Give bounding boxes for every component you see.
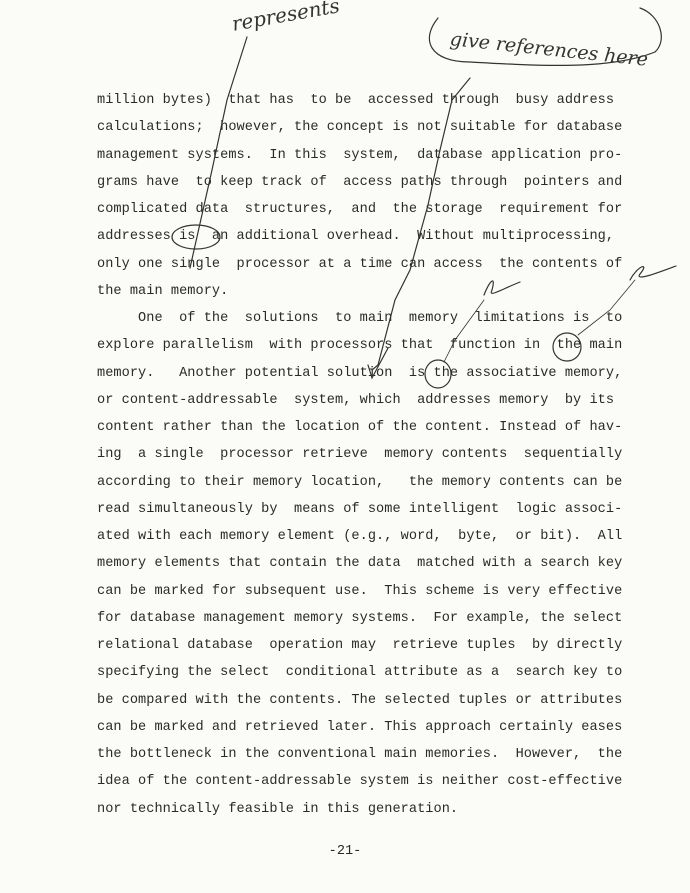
text-line: One of the solutions to main memory limi… [97,311,620,327]
handwritten-note-represents: represents [230,0,341,36]
text-line: idea of the content-addressable system i… [97,774,620,790]
text-line: specifying the select conditional attrib… [97,665,620,681]
text-line: the main memory. [97,284,620,300]
text-line: calculations; however, the concept is no… [97,120,620,136]
text-line: complicated data structures, and the sto… [97,202,620,218]
page-number: -21- [0,844,690,860]
text-line: read simultaneously by means of some int… [97,502,620,518]
text-line: content rather than the location of the … [97,420,620,436]
text-line: for database management memory systems. … [97,611,620,627]
text-line: explore parallelism with processors that… [97,338,620,354]
text-line: can be marked and retrieved later. This … [97,720,620,736]
text-line: according to their memory location, the … [97,475,620,491]
document-page: million bytes) that has to be accessed t… [0,0,690,893]
delete-mark-2 [630,266,676,280]
text-line: or content-addressable system, which add… [97,393,620,409]
text-line: management systems. In this system, data… [97,148,620,164]
text-line: addresses is an additional overhead. Wit… [97,229,620,245]
text-line: memory. Another potential solution is th… [97,366,620,382]
text-line: memory elements that contain the data ma… [97,556,620,572]
text-line: million bytes) that has to be accessed t… [97,93,620,109]
text-line: can be marked for subsequent use. This s… [97,584,620,600]
text-line: grams have to keep track of access paths… [97,175,620,191]
text-line: nor technically feasible in this generat… [97,802,620,818]
text-line: the bottleneck in the conventional main … [97,747,620,763]
handwritten-note-give-references: give references here [449,28,649,71]
text-line: relational database operation may retrie… [97,638,620,654]
text-line: be compared with the contents. The selec… [97,693,620,709]
text-line: ing a single processor retrieve memory c… [97,447,620,463]
text-line: only one single processor at a time can … [97,257,620,273]
text-line: ated with each memory element (e.g., wor… [97,529,620,545]
